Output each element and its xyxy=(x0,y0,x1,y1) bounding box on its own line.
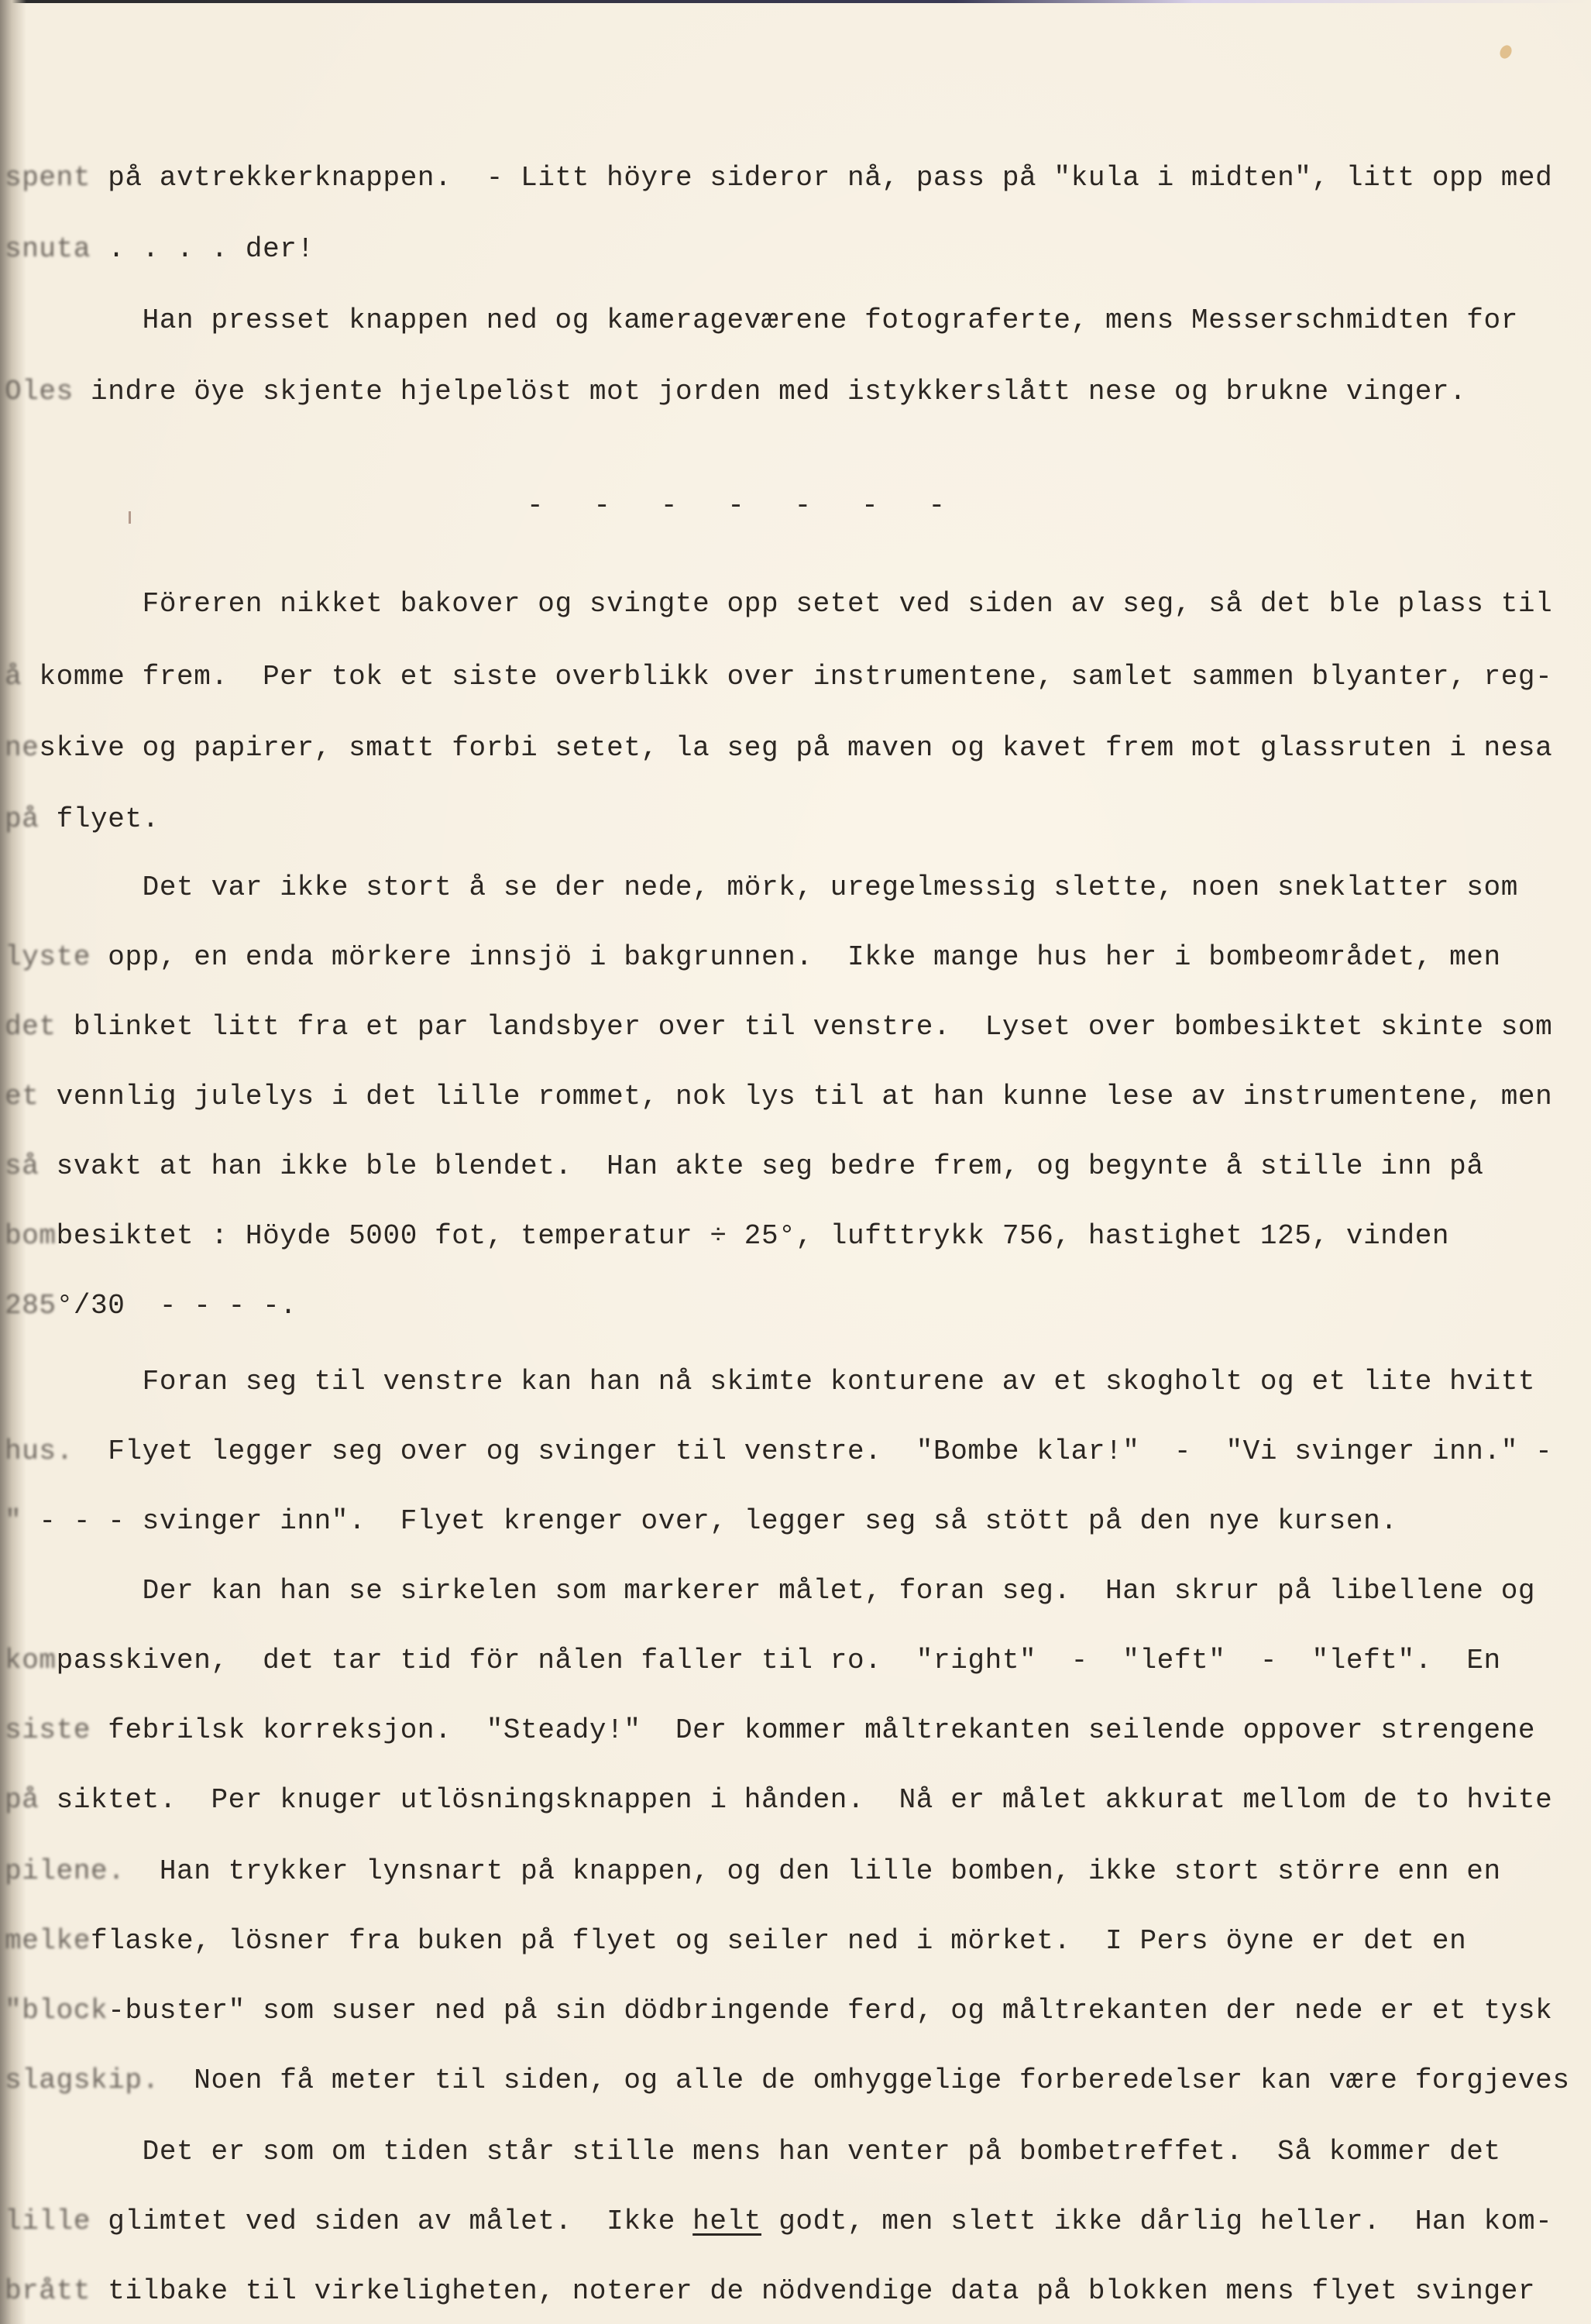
text-line: bombesiktet : Höyde 5000 fot, temperatur… xyxy=(5,1219,1449,1253)
text-line: på flyet. xyxy=(5,803,160,837)
text-line: å komme frem. Per tok et siste overblikk… xyxy=(5,660,1552,694)
text-line: snuta . . . . der! xyxy=(5,232,314,266)
margin-fragment: pilene. xyxy=(5,1855,125,1887)
margin-fragment: lille xyxy=(5,2205,91,2237)
line-text: Han trykker lynsnart på knappen, og den … xyxy=(125,1855,1500,1887)
text-line: slagskip. Noen få meter til siden, og al… xyxy=(5,2064,1570,2098)
text-line: Föreren nikket bakover og svingte opp se… xyxy=(5,587,1552,621)
line-text: indre öye skjente hjelpelöst mot jorden … xyxy=(74,376,1466,407)
text-line: spent på avtrekkerknappen. - Litt höyre … xyxy=(5,161,1552,195)
margin-fragment: ne xyxy=(5,732,39,764)
margin-fragment: et xyxy=(5,1081,39,1112)
line-text: Det er som om tiden står stille mens han… xyxy=(5,2136,1501,2168)
line-text: flyet. xyxy=(39,803,159,835)
text-line: "block-buster" som suser ned på sin dödb… xyxy=(5,1994,1552,2028)
line-text: febrilsk korreksjon. "Steady!" Der komme… xyxy=(91,1714,1535,1746)
text-line: Han presset knappen ned og kamerageværen… xyxy=(5,304,1518,338)
line-text: passkiven, det tar tid för nålen faller … xyxy=(57,1645,1501,1676)
line-text: . . . . der! xyxy=(91,233,314,265)
margin-fragment: siste xyxy=(5,1714,91,1746)
text-line: et vennlig julelys i det lille rommet, n… xyxy=(5,1080,1552,1114)
line-text: Der kan han se sirkelen som markerer mål… xyxy=(5,1575,1535,1607)
margin-fragment: det xyxy=(5,1011,57,1043)
line-text: °/30 - - - -. xyxy=(57,1290,297,1322)
underlined-word: helt xyxy=(692,2205,761,2237)
line-text: på avtrekkerknappen. - Litt höyre sidero… xyxy=(91,162,1552,194)
margin-fragment: lyste xyxy=(5,941,91,973)
line-text: skive og papirer, smatt forbi setet, la … xyxy=(39,732,1552,764)
section-separator: - - - - - - - xyxy=(527,490,945,521)
margin-fragment: slagskip. xyxy=(5,2064,160,2096)
text-line: 285°/30 - - - -. xyxy=(5,1289,297,1323)
line-text: godt, men slett ikke dårlig heller. Han … xyxy=(761,2205,1552,2237)
ink-speck xyxy=(129,511,131,524)
line-text: flaske, lösner fra buken på flyet og sei… xyxy=(91,1925,1466,1957)
text-line: brått tilbake til virkeligheten, noterer… xyxy=(5,2274,1535,2309)
margin-fragment: " xyxy=(5,1505,22,1537)
text-line: lyste opp, en enda mörkere innsjö i bakg… xyxy=(5,940,1501,975)
text-line: Der kan han se sirkelen som markerer mål… xyxy=(5,1574,1535,1608)
text-line: så svakt at han ikke ble blendet. Han ak… xyxy=(5,1150,1484,1184)
text-line: melkeflaske, lösner fra buken på flyet o… xyxy=(5,1924,1466,1958)
text-line: hus. Flyet legger seg over og svinger ti… xyxy=(5,1435,1552,1469)
text-line: det blinket litt fra et par landsbyer ov… xyxy=(5,1010,1552,1044)
margin-fragment: snuta xyxy=(5,233,91,265)
text-line: lille glimtet ved siden av målet. Ikke h… xyxy=(5,2205,1552,2239)
line-text: - - - svinger inn". Flyet krenger over, … xyxy=(22,1505,1397,1537)
line-text: besiktet : Höyde 5000 fot, temperatur ÷ … xyxy=(57,1220,1449,1252)
line-text: Han presset knappen ned og kamerageværen… xyxy=(5,304,1518,336)
text-line: Det er som om tiden står stille mens han… xyxy=(5,2135,1501,2169)
margin-fragment: på xyxy=(5,1784,39,1816)
line-text: svakt at han ikke ble blendet. Han akte … xyxy=(39,1150,1483,1182)
text-line: neskive og papirer, smatt forbi setet, l… xyxy=(5,731,1552,765)
text-line: kompasskiven, det tar tid för nålen fall… xyxy=(5,1644,1501,1678)
margin-fragment: Oles xyxy=(5,376,74,407)
margin-fragment: på xyxy=(5,803,39,835)
line-text: glimtet ved siden av målet. Ikke xyxy=(91,2205,692,2237)
line-text: Noen få meter til siden, og alle de omhy… xyxy=(160,2064,1570,2096)
margin-fragment: å xyxy=(5,661,22,693)
text-line: Foran seg til venstre kan han nå skimte … xyxy=(5,1365,1535,1399)
margin-fragment: melke xyxy=(5,1925,91,1957)
margin-fragment: bom xyxy=(5,1220,57,1252)
line-text: tilbake til virkeligheten, noterer de nö… xyxy=(91,2275,1535,2307)
line-text: siktet. Per knuger utlösningsknappen i h… xyxy=(39,1784,1552,1816)
line-text: blinket litt fra et par landsbyer over t… xyxy=(57,1011,1553,1043)
line-text: -buster" som suser ned på sin dödbringen… xyxy=(108,1995,1552,2027)
margin-fragment: så xyxy=(5,1150,39,1182)
margin-fragment: spent xyxy=(5,162,91,194)
margin-fragment: "block xyxy=(5,1995,108,2027)
scan-top-edge xyxy=(0,0,1591,3)
line-text: Flyet legger seg over og svinger til ven… xyxy=(74,1435,1553,1467)
line-text: opp, en enda mörkere innsjö i bakgrunnen… xyxy=(91,941,1501,973)
text-line: pilene. Han trykker lynsnart på knappen,… xyxy=(5,1855,1501,1889)
line-text: Foran seg til venstre kan han nå skimte … xyxy=(5,1366,1535,1397)
margin-fragment: kom xyxy=(5,1645,57,1676)
line-text: Det var ikke stort å se der nede, mörk, … xyxy=(5,871,1518,903)
text-line: siste febrilsk korreksjon. "Steady!" Der… xyxy=(5,1714,1535,1748)
line-text: vennlig julelys i det lille rommet, nok … xyxy=(39,1081,1552,1112)
line-text: komme frem. Per tok et siste overblikk o… xyxy=(22,661,1552,693)
line-text: Föreren nikket bakover og svingte opp se… xyxy=(5,588,1552,620)
text-line: " - - - svinger inn". Flyet krenger over… xyxy=(5,1504,1398,1538)
margin-fragment: 285 xyxy=(5,1290,57,1322)
text-line: Oles indre öye skjente hjelpelöst mot jo… xyxy=(5,375,1466,409)
text-line: på siktet. Per knuger utlösningsknappen … xyxy=(5,1783,1552,1817)
text-line: Det var ikke stort å se der nede, mörk, … xyxy=(5,871,1518,905)
margin-fragment: brått xyxy=(5,2275,91,2307)
margin-fragment: hus. xyxy=(5,1435,74,1467)
